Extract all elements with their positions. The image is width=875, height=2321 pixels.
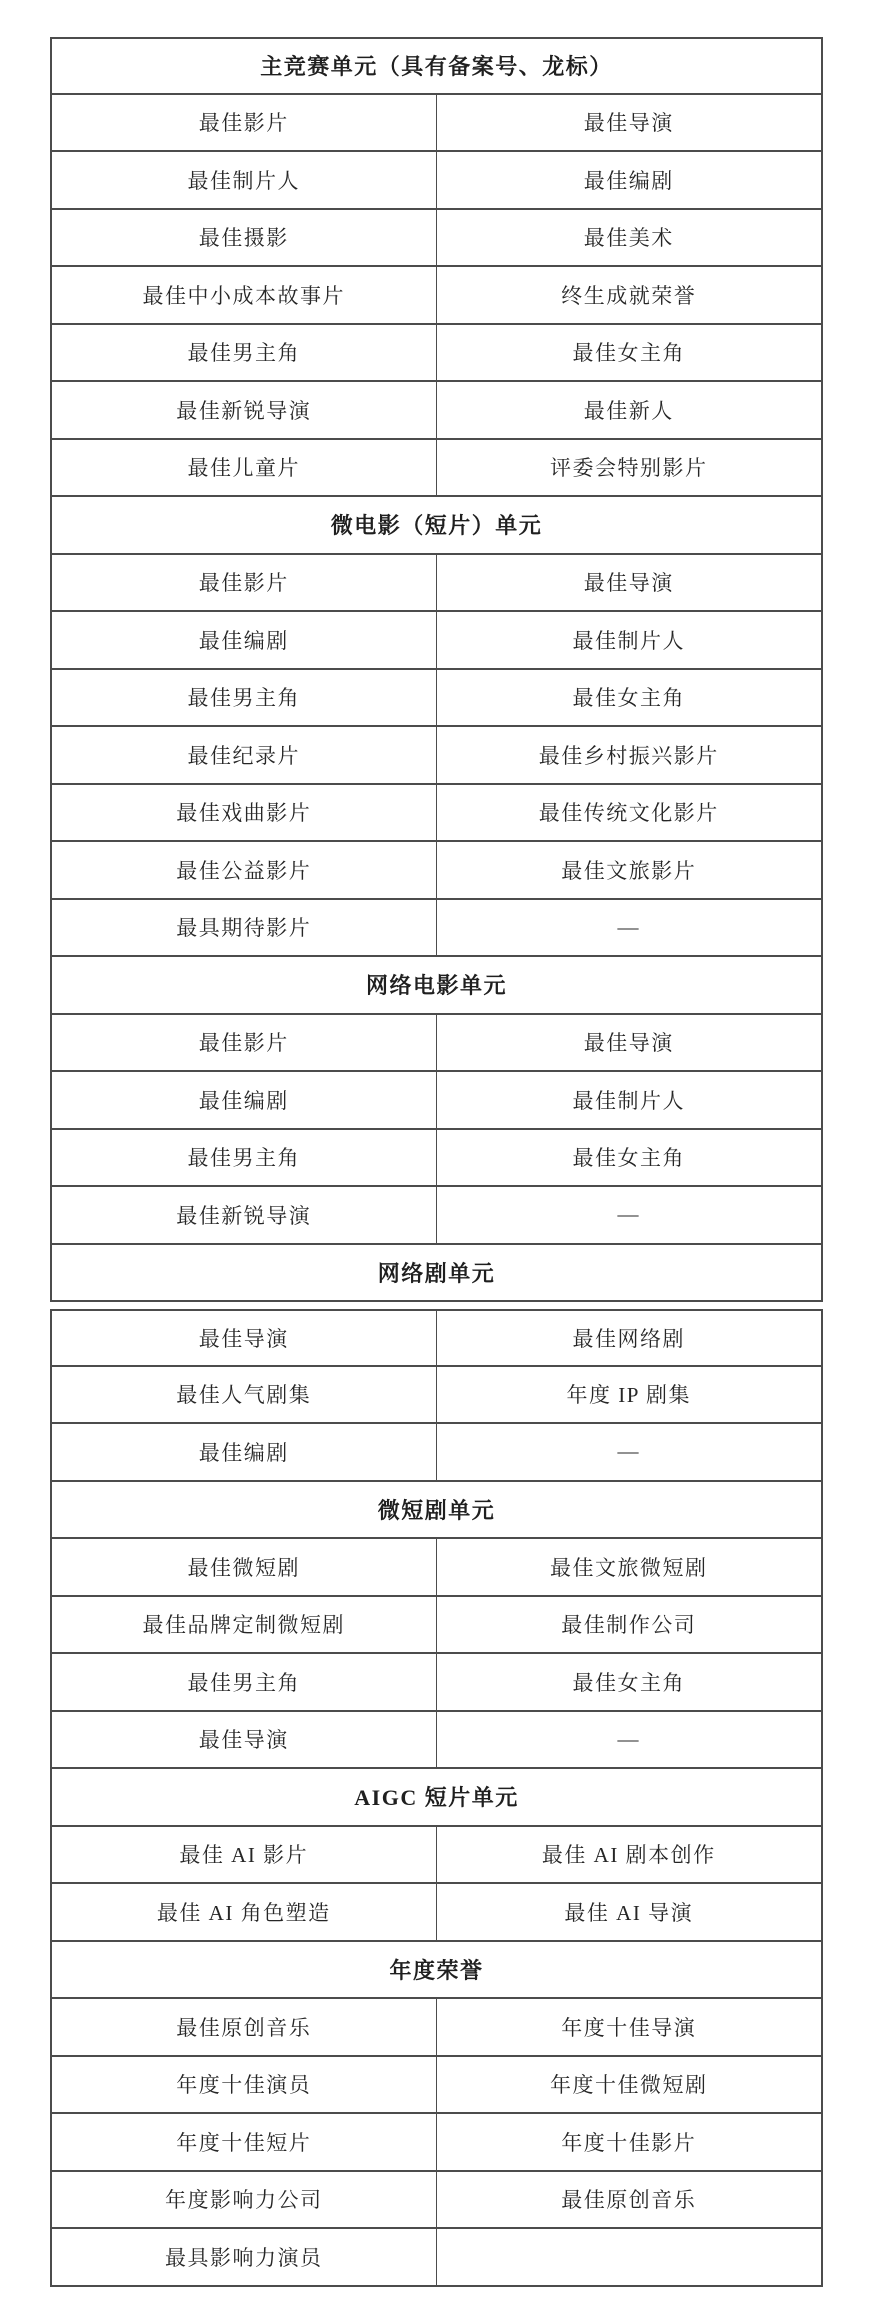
award-cell: 最佳人气剧集 (52, 1367, 437, 1423)
section-title: AIGC 短片单元 (52, 1769, 821, 1825)
award-cell: 年度十佳微短剧 (437, 2057, 822, 2113)
award-cell: 最佳新锐导演 (52, 1187, 437, 1243)
award-row: 最佳男主角最佳女主角 (50, 1130, 823, 1188)
award-cell: 最佳女主角 (437, 325, 822, 381)
award-cell: 最佳文旅微短剧 (437, 1539, 822, 1595)
award-cell: 最佳微短剧 (52, 1539, 437, 1595)
award-cell: — (437, 1424, 822, 1480)
award-cell: 最具影响力演员 (52, 2229, 437, 2285)
award-cell: 评委会特别影片 (437, 440, 822, 496)
award-row: 最佳纪录片最佳乡村振兴影片 (50, 727, 823, 785)
award-cell: 最佳编剧 (52, 1072, 437, 1128)
award-cell: 最佳影片 (52, 95, 437, 151)
award-cell: 最佳文旅影片 (437, 842, 822, 898)
section-title: 年度荣誉 (52, 1942, 821, 1998)
award-row: 最具期待影片— (50, 900, 823, 958)
award-cell: 最佳女主角 (437, 1130, 822, 1186)
section-header-row: 主竞赛单元（具有备案号、龙标） (50, 37, 823, 95)
award-row: 最佳制片人最佳编剧 (50, 152, 823, 210)
award-cell: 年度十佳影片 (437, 2114, 822, 2170)
award-row: 最佳男主角最佳女主角 (50, 1654, 823, 1712)
award-row: 最佳导演最佳网络剧 (50, 1309, 823, 1367)
section-header-row: 网络电影单元 (50, 957, 823, 1015)
award-row: 最佳微短剧最佳文旅微短剧 (50, 1539, 823, 1597)
section-title: 微电影（短片）单元 (52, 497, 821, 553)
award-row: 最佳影片最佳导演 (50, 95, 823, 153)
award-row: 最佳戏曲影片最佳传统文化影片 (50, 785, 823, 843)
award-row: 最佳儿童片评委会特别影片 (50, 440, 823, 498)
award-row: 最佳 AI 影片最佳 AI 剧本创作 (50, 1827, 823, 1885)
award-cell: 年度十佳短片 (52, 2114, 437, 2170)
award-cell: 最佳制片人 (437, 1072, 822, 1128)
award-cell: 最佳编剧 (437, 152, 822, 208)
award-cell: 最佳 AI 角色塑造 (52, 1884, 437, 1940)
award-cell: 最佳制片人 (437, 612, 822, 668)
award-row: 最佳男主角最佳女主角 (50, 670, 823, 728)
award-cell: 年度十佳演员 (52, 2057, 437, 2113)
award-cell: 最佳男主角 (52, 1130, 437, 1186)
section-header-row: AIGC 短片单元 (50, 1769, 823, 1827)
award-cell: 最佳网络剧 (437, 1311, 822, 1365)
award-cell: 最佳 AI 剧本创作 (437, 1827, 822, 1883)
award-cell: 最佳导演 (437, 555, 822, 611)
section-header-row: 微电影（短片）单元 (50, 497, 823, 555)
section-header-row: 网络剧单元 (50, 1245, 823, 1303)
award-row: 最佳摄影最佳美术 (50, 210, 823, 268)
award-cell: 最佳导演 (437, 1015, 822, 1071)
award-cell: 最具期待影片 (52, 900, 437, 956)
section-title: 网络电影单元 (52, 957, 821, 1013)
award-cell: — (437, 1187, 822, 1243)
award-cell: 最佳导演 (52, 1311, 437, 1365)
award-cell: 最佳原创音乐 (52, 1999, 437, 2055)
award-cell: 最佳制作公司 (437, 1597, 822, 1653)
award-row: 最佳中小成本故事片终生成就荣誉 (50, 267, 823, 325)
award-cell: 终生成就荣誉 (437, 267, 822, 323)
award-cell: 最佳编剧 (52, 1424, 437, 1480)
award-cell: 最佳乡村振兴影片 (437, 727, 822, 783)
award-row: 最佳编剧最佳制片人 (50, 1072, 823, 1130)
award-cell: 最佳新锐导演 (52, 382, 437, 438)
award-cell: 最佳男主角 (52, 1654, 437, 1710)
award-row: 最佳编剧— (50, 1424, 823, 1482)
award-cell: 最佳导演 (437, 95, 822, 151)
section-header-row: 年度荣誉 (50, 1942, 823, 2000)
award-row: 最佳编剧最佳制片人 (50, 612, 823, 670)
award-cell: 年度 IP 剧集 (437, 1367, 822, 1423)
award-cell: 最佳新人 (437, 382, 822, 438)
award-row: 最佳新锐导演最佳新人 (50, 382, 823, 440)
award-cell: 最佳影片 (52, 1015, 437, 1071)
award-cell: — (437, 900, 822, 956)
award-cell: 最佳纪录片 (52, 727, 437, 783)
award-row: 年度十佳演员年度十佳微短剧 (50, 2057, 823, 2115)
award-cell: 最佳 AI 导演 (437, 1884, 822, 1940)
award-row: 最具影响力演员 (50, 2229, 823, 2287)
award-cell: 最佳女主角 (437, 1654, 822, 1710)
award-cell: 最佳男主角 (52, 670, 437, 726)
award-cell: 最佳导演 (52, 1712, 437, 1768)
award-cell: 最佳编剧 (52, 612, 437, 668)
award-row: 最佳人气剧集年度 IP 剧集 (50, 1367, 823, 1425)
award-cell: 最佳制片人 (52, 152, 437, 208)
award-cell: 最佳品牌定制微短剧 (52, 1597, 437, 1653)
award-cell: 最佳摄影 (52, 210, 437, 266)
award-row: 最佳男主角最佳女主角 (50, 325, 823, 383)
award-row: 年度十佳短片年度十佳影片 (50, 2114, 823, 2172)
award-cell: 最佳女主角 (437, 670, 822, 726)
award-cell: 最佳男主角 (52, 325, 437, 381)
award-cell: — (437, 1712, 822, 1768)
award-row: 最佳公益影片最佳文旅影片 (50, 842, 823, 900)
award-cell: 最佳 AI 影片 (52, 1827, 437, 1883)
award-cell: 最佳影片 (52, 555, 437, 611)
section-title: 微短剧单元 (52, 1482, 821, 1538)
award-row: 最佳导演— (50, 1712, 823, 1770)
awards-table: 主竞赛单元（具有备案号、龙标）最佳影片最佳导演最佳制片人最佳编剧最佳摄影最佳美术… (50, 37, 823, 2287)
award-row: 年度影响力公司最佳原创音乐 (50, 2172, 823, 2230)
award-cell: 最佳戏曲影片 (52, 785, 437, 841)
section-title: 主竞赛单元（具有备案号、龙标） (52, 39, 821, 93)
award-cell: 最佳传统文化影片 (437, 785, 822, 841)
award-row: 最佳新锐导演— (50, 1187, 823, 1245)
award-cell: 最佳儿童片 (52, 440, 437, 496)
page: 主竞赛单元（具有备案号、龙标）最佳影片最佳导演最佳制片人最佳编剧最佳摄影最佳美术… (0, 0, 875, 2321)
award-cell: 最佳原创音乐 (437, 2172, 822, 2228)
award-row: 最佳 AI 角色塑造最佳 AI 导演 (50, 1884, 823, 1942)
award-row: 最佳影片最佳导演 (50, 555, 823, 613)
award-cell (437, 2229, 822, 2285)
award-row: 最佳品牌定制微短剧最佳制作公司 (50, 1597, 823, 1655)
section-title: 网络剧单元 (52, 1245, 821, 1301)
award-cell: 年度影响力公司 (52, 2172, 437, 2228)
award-row: 最佳影片最佳导演 (50, 1015, 823, 1073)
section-header-row: 微短剧单元 (50, 1482, 823, 1540)
award-cell: 最佳中小成本故事片 (52, 267, 437, 323)
award-row: 最佳原创音乐年度十佳导演 (50, 1999, 823, 2057)
award-cell: 最佳美术 (437, 210, 822, 266)
award-cell: 最佳公益影片 (52, 842, 437, 898)
award-cell: 年度十佳导演 (437, 1999, 822, 2055)
